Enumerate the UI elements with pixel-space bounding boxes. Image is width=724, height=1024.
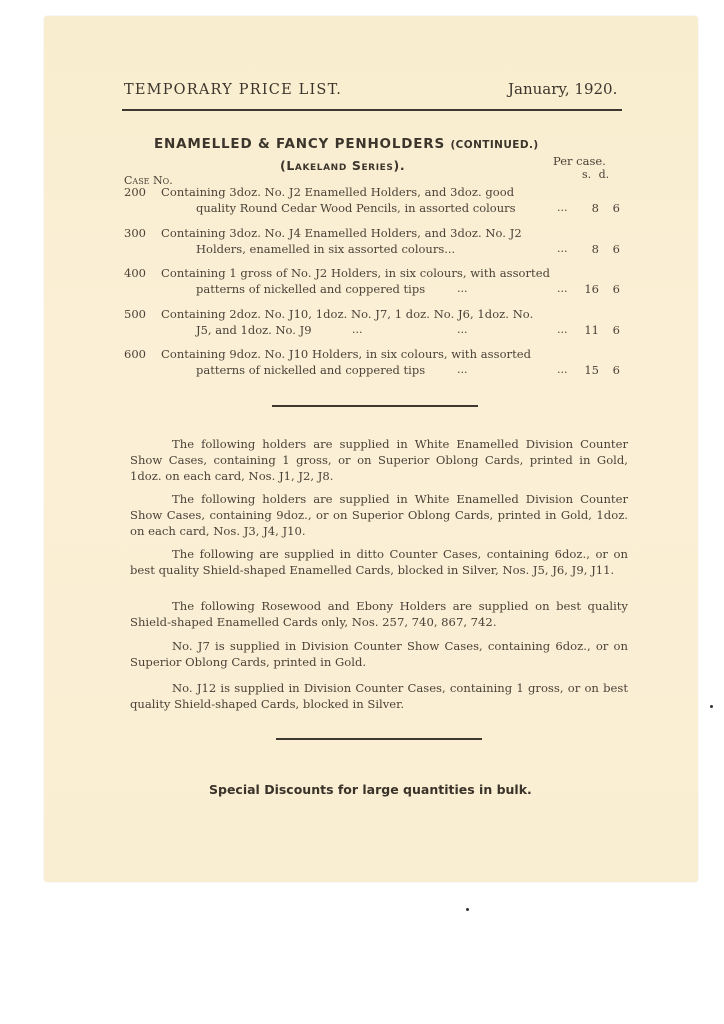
- item-description-line2: Holders, enamelled in six assorted colou…: [196, 242, 455, 256]
- case-number: 200: [124, 185, 146, 199]
- page-title: TEMPORARY PRICE LIST.: [124, 82, 342, 98]
- leader-dots: ...: [557, 323, 568, 336]
- price-shillings: 8: [587, 242, 599, 256]
- per-case-header: Per case.: [553, 154, 606, 168]
- section-title-main: ENAMELLED & FANCY PENHOLDERS: [154, 136, 445, 152]
- note-paragraph: The following are supplied in ditto Coun…: [130, 546, 628, 578]
- footer-discount-note: Special Discounts for large quantities i…: [209, 782, 532, 797]
- item-description-line1: Containing 1 gross of No. J2 Holders, in…: [161, 266, 550, 280]
- leader-dots: ...: [557, 363, 568, 376]
- subtitle-series: Lakeland Series: [286, 158, 393, 173]
- item-description-line2: patterns of nickelled and coppered tips: [196, 363, 425, 377]
- shillings-pence-header: s. d.: [582, 168, 609, 181]
- note-paragraph: No. J7 is supplied in Division Counter S…: [130, 638, 628, 670]
- item-description-line1: Containing 2doz. No. J10, 1doz. No. J7, …: [161, 307, 533, 321]
- scan-speck: [710, 705, 713, 708]
- price-pence: 6: [610, 363, 620, 377]
- note-text: The following are supplied in ditto Coun…: [130, 547, 628, 577]
- leader-dots: ...: [352, 323, 363, 336]
- note-text: The following Rosewood and Ebony Holders…: [130, 599, 628, 629]
- leader-dots: ...: [457, 323, 468, 336]
- item-description-line1: Containing 3doz. No. J2 Enamelled Holder…: [161, 185, 514, 199]
- case-number: 300: [124, 226, 146, 240]
- case-number: 500: [124, 307, 146, 321]
- leader-dots: ...: [457, 282, 468, 295]
- leader-dots: ...: [557, 242, 568, 255]
- item-description-line2: quality Round Cedar Wood Pencils, in ass…: [196, 201, 516, 215]
- note-paragraph: The following holders are supplied in Wh…: [130, 491, 628, 539]
- note-text: The following holders are supplied in Wh…: [130, 437, 628, 483]
- scan-speck: [466, 908, 469, 911]
- note-text: The following holders are supplied in Wh…: [130, 492, 628, 538]
- price-pence: 6: [610, 201, 620, 215]
- section-divider: [272, 405, 478, 407]
- price-pence: 6: [610, 323, 620, 337]
- page-date: January, 1920.: [508, 80, 617, 98]
- footer-divider: [276, 738, 482, 740]
- leader-dots: ...: [557, 282, 568, 295]
- case-number: 400: [124, 266, 146, 280]
- leader-dots: ...: [557, 201, 568, 214]
- item-description-line1: Containing 3doz. No. J4 Enamelled Holder…: [161, 226, 522, 240]
- subtitle-paren-close: ).: [394, 158, 406, 173]
- section-title-suffix: (CONTINUED.): [450, 139, 538, 151]
- price-pence: 6: [610, 242, 620, 256]
- item-description-line2: patterns of nickelled and coppered tips: [196, 282, 425, 296]
- price-shillings: 15: [583, 363, 599, 377]
- price-shillings: 8: [587, 201, 599, 215]
- price-shillings: 11: [583, 323, 599, 337]
- price-list-page: TEMPORARY PRICE LIST. January, 1920. ENA…: [44, 16, 698, 882]
- note-text: No. J7 is supplied in Division Counter S…: [130, 639, 628, 669]
- note-paragraph: The following holders are supplied in Wh…: [130, 436, 628, 484]
- section-title: ENAMELLED & FANCY PENHOLDERS (CONTINUED.…: [154, 136, 539, 152]
- price-shillings: 16: [583, 282, 599, 296]
- leader-dots: ...: [457, 363, 468, 376]
- section-subtitle: (Lakeland Series).: [280, 158, 405, 173]
- header-divider: [122, 109, 622, 111]
- price-pence: 6: [610, 282, 620, 296]
- note-text: No. J12 is supplied in Division Counter …: [130, 681, 628, 711]
- item-description-line1: Containing 9doz. No. J10 Holders, in six…: [161, 347, 531, 361]
- note-paragraph: The following Rosewood and Ebony Holders…: [130, 598, 628, 630]
- case-number: 600: [124, 347, 146, 361]
- item-description-line2: J5, and 1doz. No. J9: [196, 323, 312, 337]
- note-paragraph: No. J12 is supplied in Division Counter …: [130, 680, 628, 712]
